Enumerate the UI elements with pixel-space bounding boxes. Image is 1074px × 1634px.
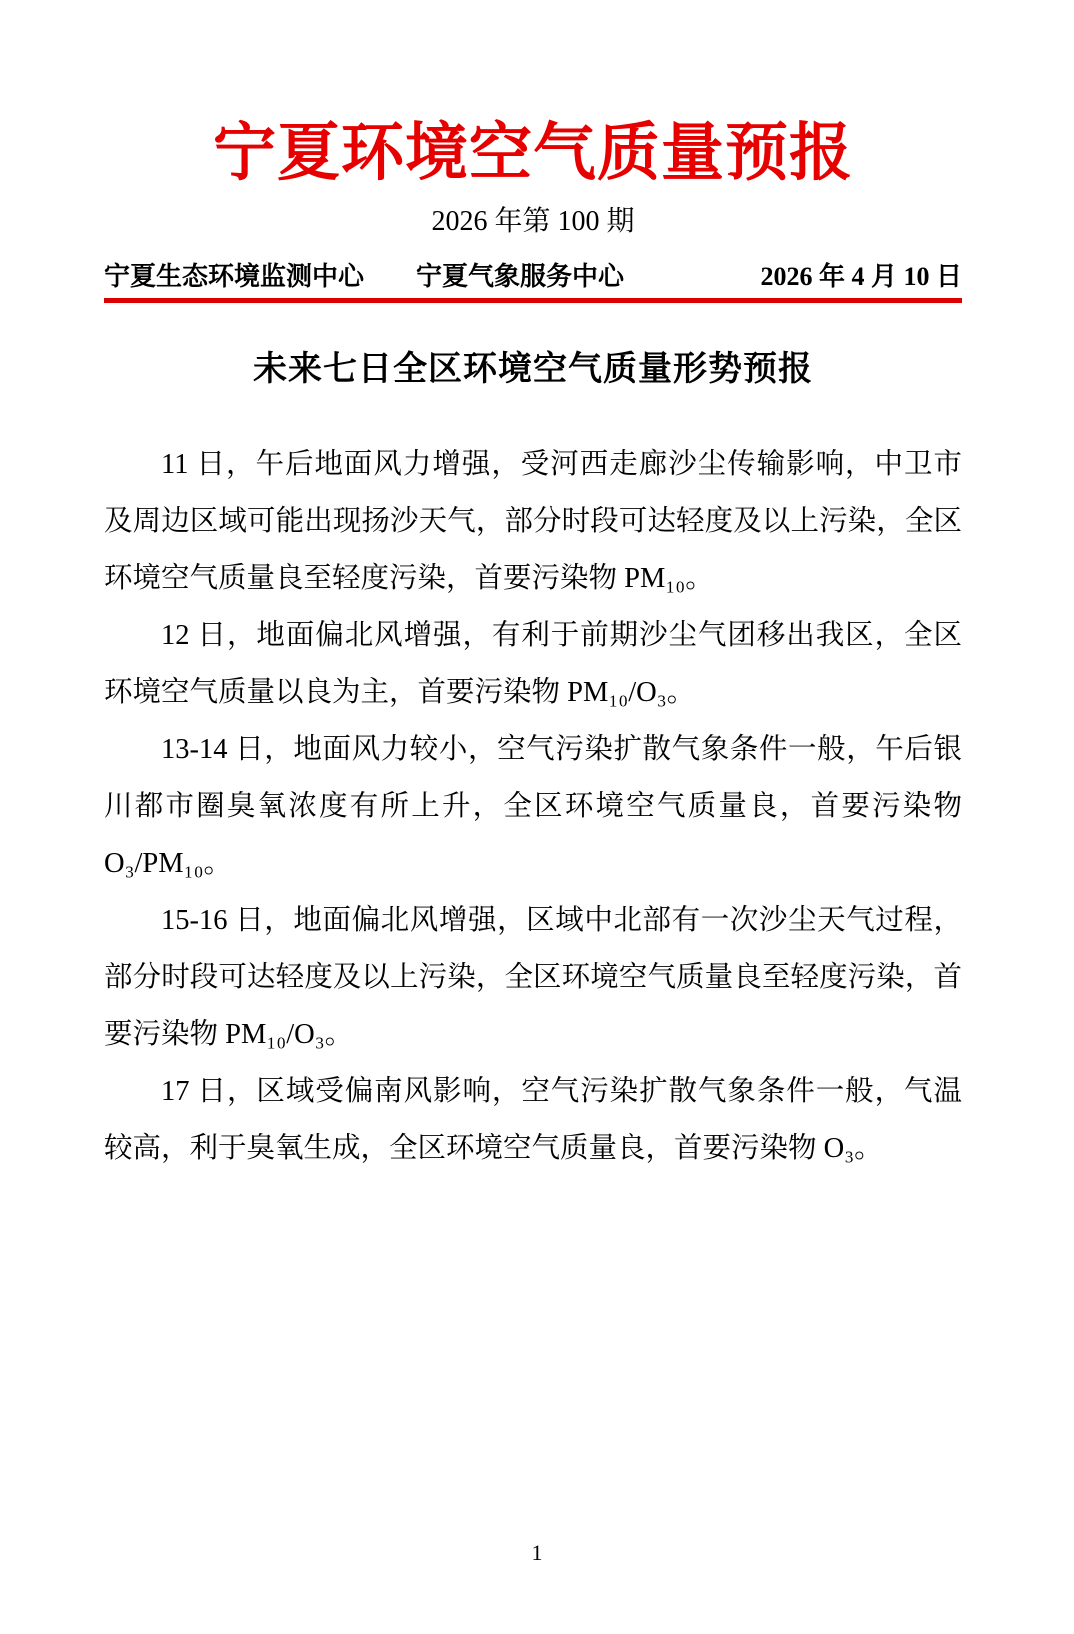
page-number: 1 — [0, 1540, 1074, 1566]
paragraph-day-13-14: 13-14 日，地面风力较小，空气污染扩散气象条件一般，午后银川都市圈臭氧浓度有… — [104, 721, 962, 892]
issue-date: 2026 年 4 月 10 日 — [760, 262, 962, 292]
forecast-body: 11 日，午后地面风力增强，受河西走廊沙尘传输影响，中卫市及周边区域可能出现扬沙… — [104, 436, 962, 1177]
red-divider — [104, 298, 962, 303]
paragraph-day-17: 17 日，区域受偏南风影响，空气污染扩散气象条件一般，气温较高，利于臭氧生成，全… — [104, 1063, 962, 1177]
header-row: 宁夏生态环境监测中心 宁夏气象服务中心 2026 年 4 月 10 日 — [104, 262, 962, 292]
issuing-org-center: 宁夏气象服务中心 — [416, 262, 624, 292]
doc-title: 宁夏环境空气质量预报 — [104, 114, 962, 193]
paragraph-day-11: 11 日，午后地面风力增强，受河西走廊沙尘传输影响，中卫市及周边区域可能出现扬沙… — [104, 436, 962, 607]
section-title: 未来七日全区环境空气质量形势预报 — [104, 349, 962, 390]
document-page: 宁夏环境空气质量预报 2026 年第 100 期 宁夏生态环境监测中心 宁夏气象… — [0, 114, 1074, 1177]
issue-number: 2026 年第 100 期 — [104, 205, 962, 239]
issuing-org-left: 宁夏生态环境监测中心 — [104, 262, 364, 292]
paragraph-day-15-16: 15-16 日，地面偏北风增强，区域中北部有一次沙尘天气过程，部分时段可达轻度及… — [104, 892, 962, 1063]
paragraph-day-12: 12 日，地面偏北风增强，有利于前期沙尘气团移出我区，全区环境空气质量以良为主，… — [104, 607, 962, 721]
